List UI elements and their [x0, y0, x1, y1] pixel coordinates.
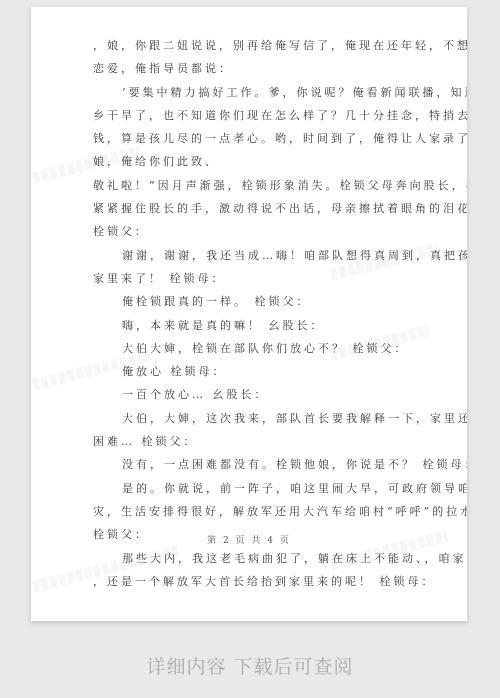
- text-line: 灾，生活安排得很好，解放军还用大汽车给咱村“呼呼”的拉水哎。: [93, 500, 399, 523]
- text-line: 大伯，大婶，这次我来，部队首长要我解释一下，家里还有什么: [93, 407, 399, 430]
- text-line: 没有，一点困难都没有。栓锁他娘，你说是不？ 栓锁母：: [93, 453, 399, 476]
- text-line: 敬礼啦！”因月声渐强，栓锁形象消失。栓锁父母奔向股长，栓锁父: [93, 174, 399, 197]
- text-line: 钱，算是孩儿尽的一点孝心。哟，时间到了，俺得让人家录了。爹，: [93, 127, 399, 150]
- text-line: 恋爱，俺指导员都说：: [93, 57, 399, 80]
- text-line: 俺放心 栓锁母：: [93, 360, 399, 383]
- text-line: 是的。你就说，前一阵子，咱这里闹大旱，可政府领导咱抗旱救: [93, 477, 399, 500]
- document-page: ，娘，你跟二妞说说，别再给俺写信了，俺现在还年轻，不想过早谈 恋爱，俺指导员都说…: [31, 7, 467, 621]
- text-line: 娘，俺给你们此致、: [93, 150, 399, 173]
- text-line: 紧紧握住股长的手，激动得说不出话，母亲擦拭着眼角的泪花。: [93, 197, 399, 220]
- text-line: ，娘，你跟二妞说说，别再给俺写信了，俺现在还年轻，不想过早谈: [93, 34, 399, 57]
- download-prompt-banner[interactable]: 详细内容 下载后可查阅: [0, 652, 500, 679]
- speaker-label: 栓锁父：: [93, 220, 399, 243]
- text-line: 困难… 栓锁父：: [93, 430, 399, 453]
- text-line: 那些大内，我这老毛病曲犯了，躺在床上不能动、，咱家吃的水: [93, 547, 399, 570]
- text-line: ，还是一个解放军大首长给抬到家里来的呢！ 栓锁母：: [93, 570, 399, 593]
- text-line: 俺栓锁跟真的一样。 栓锁父：: [93, 290, 399, 313]
- text-line: 乡干旱了，也不知道你们现在怎么样了？几十分挂念，特捎去二百块: [93, 104, 399, 127]
- text-line: 一百个放心… 幺股长：: [93, 383, 399, 406]
- page-number-footer: 第 2 页 共 4 页: [31, 533, 467, 546]
- text-line: ‘要集中精力搞好工作。爹，你说呢？俺看新闻联播，知道咱家: [93, 81, 399, 104]
- document-body: ，娘，你跟二妞说说，别再给俺写信了，俺现在还年轻，不想过早谈 恋爱，俺指导员都说…: [93, 34, 399, 593]
- text-line: 谢谢，谢谢，我还当成…嗨！咱部队想得真周到，真把孩子送到: [93, 244, 399, 267]
- text-line: 家里来了！ 栓锁母：: [93, 267, 399, 290]
- text-line: 大伯大婶，栓锁在部队你们放心不？ 栓锁父：: [93, 337, 399, 360]
- text-line: 嗨，本来就是真的嘛！ 幺股长：: [93, 314, 399, 337]
